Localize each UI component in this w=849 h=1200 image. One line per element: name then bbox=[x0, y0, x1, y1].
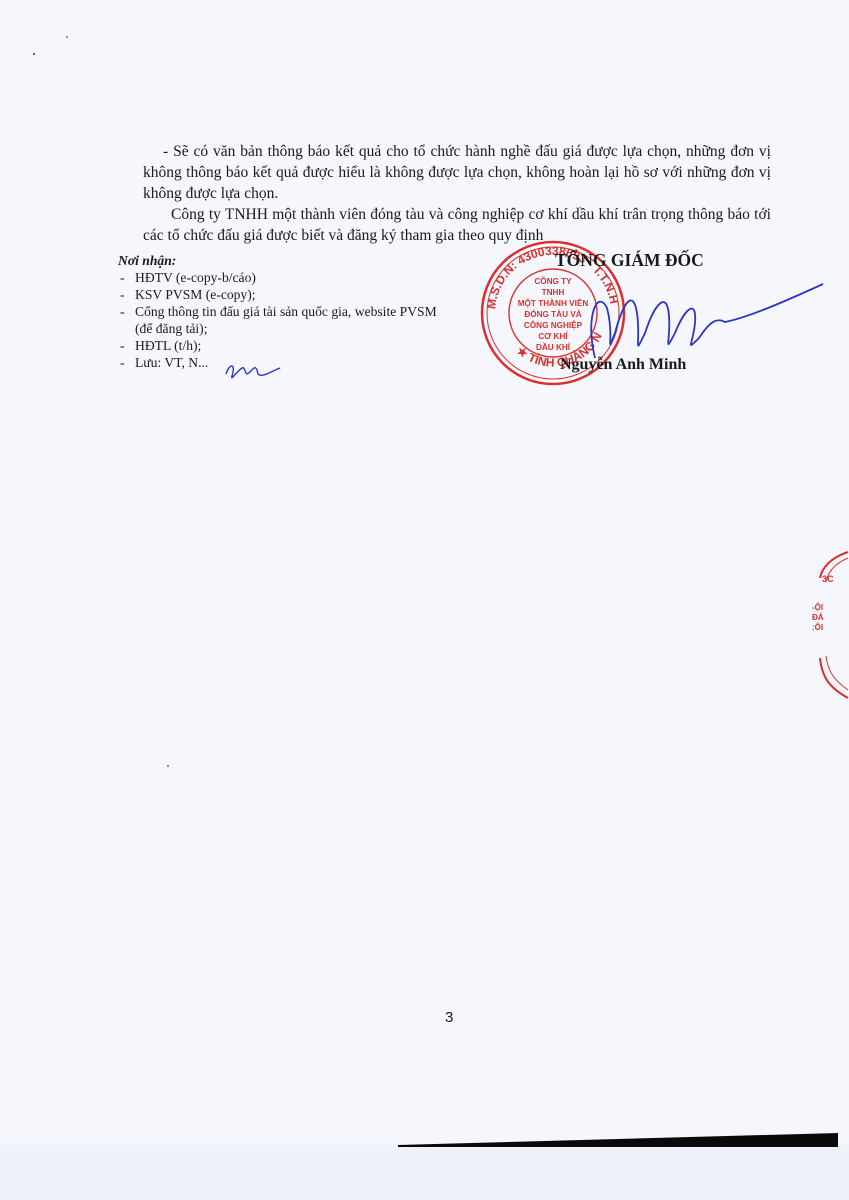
svg-text::ÔI: :ÔI bbox=[812, 623, 823, 632]
document-page: - Sẽ có văn bản thông báo kết quả cho tổ… bbox=[0, 0, 849, 1145]
scan-speck bbox=[167, 765, 169, 767]
svg-text:TNHH: TNHH bbox=[542, 288, 565, 297]
svg-text:CÔNG TY: CÔNG TY bbox=[534, 275, 572, 286]
svg-text:3C: 3C bbox=[822, 574, 834, 584]
svg-text:DẦU KHÍ: DẦU KHÍ bbox=[536, 342, 571, 352]
signer-name: Nguyễn Anh Minh bbox=[560, 356, 686, 374]
scan-edge-shadow bbox=[398, 1133, 838, 1147]
handwritten-initials-icon bbox=[222, 360, 282, 384]
handwritten-signature-icon bbox=[575, 278, 825, 368]
recipient-item: Lưu: VT, N... bbox=[118, 354, 455, 371]
recipient-item: Cổng thông tin đấu giá tài sản quốc gia,… bbox=[118, 303, 455, 337]
svg-text:CÔNG NGHIỆP: CÔNG NGHIỆP bbox=[524, 319, 583, 330]
svg-text:ĐÁ: ĐÁ bbox=[812, 613, 824, 622]
scan-speck bbox=[33, 53, 35, 55]
svg-text:-ỘI: -ỘI bbox=[812, 603, 823, 612]
recipients-title: Nơi nhận: bbox=[118, 252, 455, 269]
seal-edge-icon: 3C -ỘI ĐÁ :ÔI bbox=[808, 548, 849, 708]
recipients-list: HĐTV (e-copy-b/cáo) KSV PVSM (e-copy); C… bbox=[118, 269, 455, 371]
signer-title: TỔNG GIÁM ĐỐC bbox=[555, 250, 704, 271]
recipient-item: KSV PVSM (e-copy); bbox=[118, 286, 455, 303]
recipient-item: HĐTL (t/h); bbox=[118, 337, 455, 354]
svg-text:ĐÓNG TÀU VÀ: ĐÓNG TÀU VÀ bbox=[524, 308, 581, 319]
body-paragraph-closing: Công ty TNHH một thành viên đóng tàu và … bbox=[143, 204, 771, 246]
body-paragraph-notice: - Sẽ có văn bản thông báo kết quả cho tổ… bbox=[143, 141, 771, 204]
scan-speck bbox=[66, 36, 68, 38]
recipients-block: Nơi nhận: HĐTV (e-copy-b/cáo) KSV PVSM (… bbox=[118, 252, 455, 371]
svg-text:CƠ KHÍ: CƠ KHÍ bbox=[538, 331, 568, 341]
page-number: 3 bbox=[445, 1009, 453, 1026]
recipient-item: HĐTV (e-copy-b/cáo) bbox=[118, 269, 455, 286]
